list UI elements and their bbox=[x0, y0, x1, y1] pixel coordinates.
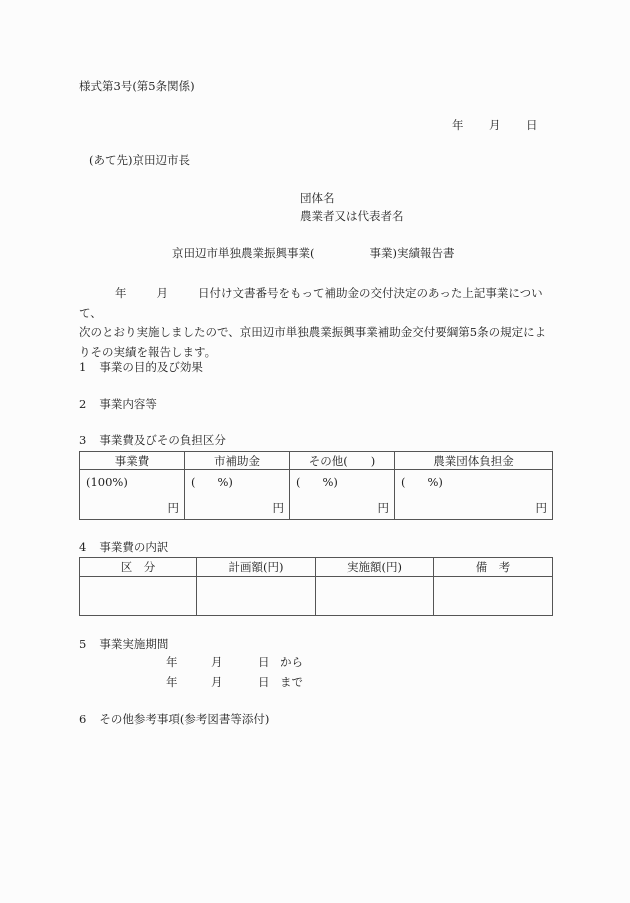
actual-amount-cell[interactable] bbox=[316, 577, 434, 616]
table-row bbox=[80, 577, 553, 616]
from-suffix: から bbox=[280, 657, 303, 669]
pct-label: (%) bbox=[401, 475, 443, 489]
cost-breakdown-table: 区 分 計画額(円) 実施額(円) 備 考 bbox=[79, 557, 553, 616]
date-month-label: 月 bbox=[489, 120, 526, 132]
section-label: 事業実施期間 bbox=[99, 637, 168, 651]
form-number: 様式第3号(第5条関係) bbox=[79, 81, 195, 93]
section-number: 4 bbox=[79, 540, 86, 554]
yen-unit: 円 bbox=[273, 500, 285, 516]
period-from: 年月日から bbox=[166, 657, 303, 669]
section-number: 2 bbox=[79, 397, 86, 411]
section-label: 事業の目的及び効果 bbox=[99, 360, 203, 374]
header-other: その他( ) bbox=[290, 452, 395, 470]
table-row: (100%) 円 (%) 円 (%) 円 (%) 円 bbox=[80, 470, 553, 520]
section-6-heading: 6その他参考事項(参考図書等添付) bbox=[79, 714, 269, 726]
table-header-row: 事業費 市補助金 その他( ) 農業団体負担金 bbox=[80, 452, 553, 470]
remarks-cell[interactable] bbox=[434, 577, 553, 616]
project-cost-cell[interactable]: (100%) 円 bbox=[80, 470, 185, 520]
city-subsidy-cell[interactable]: (%) 円 bbox=[185, 470, 290, 520]
from-year-label: 年 bbox=[166, 657, 211, 669]
header-remarks: 備 考 bbox=[434, 558, 553, 577]
date-year-label: 年 bbox=[452, 120, 489, 132]
header-actual-amount: 実施額(円) bbox=[316, 558, 434, 577]
section-label: 事業内容等 bbox=[99, 397, 157, 411]
addressee: (あて先)京田辺市長 bbox=[89, 155, 190, 167]
intro-year-label: 年 bbox=[115, 286, 127, 300]
header-project-cost: 事業費 bbox=[80, 452, 185, 470]
section-2-heading: 2事業内容等 bbox=[79, 399, 157, 411]
section-number: 5 bbox=[79, 637, 86, 651]
intro-paragraph: 年月日付け文書番号をもって補助金の交付決定のあった上記事業について、 次のとおり… bbox=[79, 284, 554, 362]
representative-name-label: 農業者又は代表者名 bbox=[300, 211, 404, 223]
section-1-heading: 1事業の目的及び効果 bbox=[79, 362, 203, 374]
to-year-label: 年 bbox=[166, 677, 211, 689]
intro-line2: 次のとおり実施しましたので、京田辺市単独農業振興事業補助金交付要綱第5条の規定に… bbox=[79, 323, 554, 343]
organization-name-label: 団体名 bbox=[300, 193, 335, 205]
header-planned-amount: 計画額(円) bbox=[197, 558, 316, 577]
pct-label: (%) bbox=[296, 475, 338, 489]
other-cell[interactable]: (%) 円 bbox=[290, 470, 395, 520]
section-label: その他参考事項(参考図書等添付) bbox=[99, 712, 269, 726]
pct-label: (100%) bbox=[86, 475, 128, 489]
category-cell[interactable] bbox=[80, 577, 197, 616]
section-number: 3 bbox=[79, 433, 86, 447]
intro-month-label: 月 bbox=[157, 286, 169, 300]
title-suffix: 事業)実績報告書 bbox=[370, 246, 455, 260]
to-month-label: 月 bbox=[211, 677, 258, 689]
yen-unit: 円 bbox=[378, 500, 390, 516]
section-3-heading: 3事業費及びその負担区分 bbox=[79, 435, 226, 447]
submission-date: 年月日 bbox=[452, 120, 538, 132]
header-group-share: 農業団体負担金 bbox=[395, 452, 553, 470]
header-category: 区 分 bbox=[80, 558, 197, 577]
section-5-heading: 5事業実施期間 bbox=[79, 639, 168, 651]
section-number: 1 bbox=[79, 360, 86, 374]
from-month-label: 月 bbox=[211, 657, 258, 669]
document-title: 京田辺市単独農業振興事業(事業)実績報告書 bbox=[172, 248, 455, 260]
to-suffix: まで bbox=[280, 677, 303, 689]
pct-label: (%) bbox=[191, 475, 233, 489]
section-label: 事業費の内訳 bbox=[99, 540, 168, 554]
to-day-label: 日 bbox=[258, 677, 280, 689]
cost-burden-table: 事業費 市補助金 その他( ) 農業団体負担金 (100%) 円 (%) 円 (… bbox=[79, 451, 553, 520]
yen-unit: 円 bbox=[536, 500, 548, 516]
from-day-label: 日 bbox=[258, 657, 280, 669]
period-to: 年月日まで bbox=[166, 677, 303, 689]
group-share-cell[interactable]: (%) 円 bbox=[395, 470, 553, 520]
header-city-subsidy: 市補助金 bbox=[185, 452, 290, 470]
title-prefix: 京田辺市単独農業振興事業( bbox=[172, 246, 315, 260]
section-number: 6 bbox=[79, 712, 86, 726]
section-label: 事業費及びその負担区分 bbox=[99, 433, 226, 447]
section-4-heading: 4事業費の内訳 bbox=[79, 542, 168, 554]
yen-unit: 円 bbox=[168, 500, 180, 516]
planned-amount-cell[interactable] bbox=[197, 577, 316, 616]
date-day-label: 日 bbox=[526, 120, 538, 132]
table-header-row: 区 分 計画額(円) 実施額(円) 備 考 bbox=[80, 558, 553, 577]
intro-line1: 日付け文書番号をもって補助金の交付決定のあった上記事業について、 bbox=[79, 286, 543, 320]
